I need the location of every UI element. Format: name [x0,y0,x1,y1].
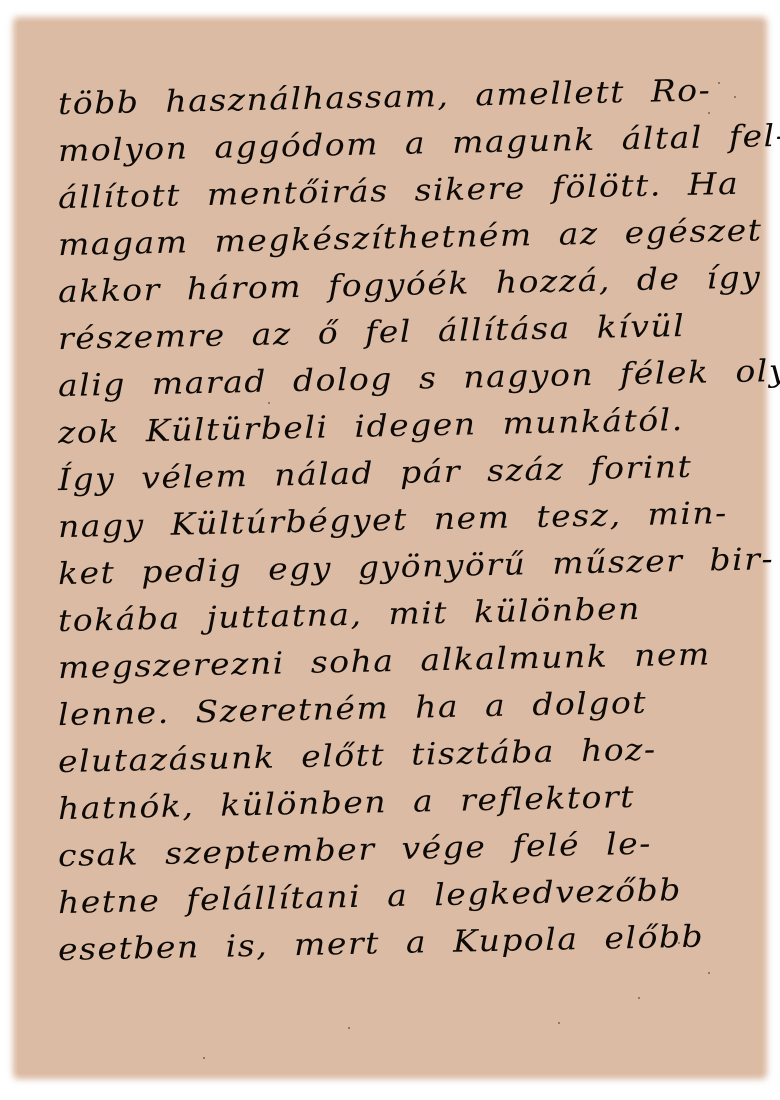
ink-speck [638,997,640,999]
handwritten-text: több használhassam, amellett Ro- molyon … [58,80,738,973]
text-line: esetben is, mert a Kupola előbb [58,914,739,971]
ink-speck [203,1057,205,1059]
ink-speck [348,1027,350,1029]
ink-speck [558,1022,560,1024]
